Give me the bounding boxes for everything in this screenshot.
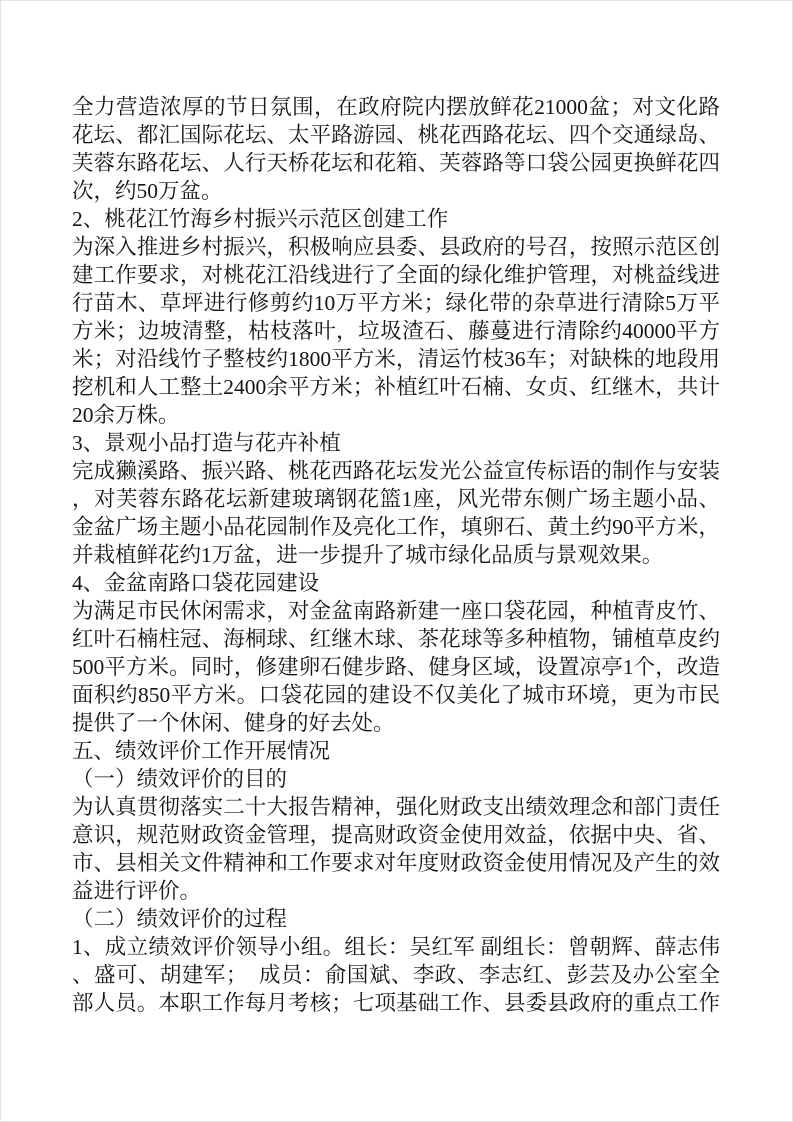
text-line: 次，约50万盆。	[72, 177, 720, 205]
text-line: 为认真贯彻落实二十大报告精神，强化财政支出绩效理念和部门责任	[72, 793, 720, 821]
text-line: 建工作要求，对桃花江沿线进行了全面的绿化维护管理，对桃益线进	[72, 261, 720, 289]
text-line: 全力营造浓厚的节日氛围，在政府院内摆放鲜花21000盆；对文化路	[72, 93, 720, 121]
text-line: 面积约850平方米。口袋花园的建设不仅美化了城市环境，更为市民	[72, 681, 720, 709]
text-line: 花坛、都汇国际花坛、太平路游园、桃花西路花坛、四个交通绿岛、	[72, 121, 720, 149]
text-line: 米；对沿线竹子整枝约1800平方米，清运竹枝36车；对缺株的地段用	[72, 345, 720, 373]
text-line: 并栽植鲜花约1万盆，进一步提升了城市绿化品质与景观效果。	[72, 541, 720, 569]
text-line: 市、县相关文件精神和工作要求对年度财政资金使用情况及产生的效	[72, 849, 720, 877]
text-line: 益进行评价。	[72, 877, 720, 905]
text-line: 五、绩效评价工作开展情况	[72, 737, 720, 765]
text-line: 挖机和人工整土2400余平方米；补植红叶石楠、女贞、红继木，共计	[72, 373, 720, 401]
text-line: 芙蓉东路花坛、人行天桥花坛和花箱、芙蓉路等口袋公园更换鲜花四	[72, 149, 720, 177]
text-line: 为满足市民休闲需求，对金盆南路新建一座口袋花园，种植青皮竹、	[72, 597, 720, 625]
text-line: 红叶石楠柱冠、海桐球、红继木球、茶花球等多种植物，铺植草皮约	[72, 625, 720, 653]
text-line: 为深入推进乡村振兴，积极响应县委、县政府的号召，按照示范区创	[72, 233, 720, 261]
text-line: 提供了一个休闲、健身的好去处。	[72, 709, 720, 737]
text-line: （二）绩效评价的过程	[72, 905, 720, 933]
text-line: 3、景观小品打造与花卉补植	[72, 429, 720, 457]
text-line: ，对芙蓉东路花坛新建玻璃钢花篮1座，风光带东侧广场主题小品、	[72, 485, 720, 513]
text-line: 、盛可、胡建军； 成员：俞国斌、李政、李志红、彭芸及办公室全	[72, 961, 720, 989]
text-line: （一）绩效评价的目的	[72, 765, 720, 793]
text-line: 意识，规范财政资金管理，提高财政资金使用效益，依据中央、省、	[72, 821, 720, 849]
text-line: 1、成立绩效评价领导小组。组长：吴红军 副组长：曾朝辉、薛志伟	[72, 933, 720, 961]
text-line: 20余万株。	[72, 401, 720, 429]
document-page: 全力营造浓厚的节日氛围，在政府院内摆放鲜花21000盆；对文化路 花坛、都汇国际…	[0, 0, 793, 1122]
document-text: 全力营造浓厚的节日氛围，在政府院内摆放鲜花21000盆；对文化路 花坛、都汇国际…	[72, 93, 720, 1017]
text-line: 2、桃花江竹海乡村振兴示范区创建工作	[72, 205, 720, 233]
text-line: 完成獭溪路、振兴路、桃花西路花坛发光公益宣传标语的制作与安装	[72, 457, 720, 485]
text-line: 行苗木、草坪进行修剪约10万平方米；绿化带的杂草进行清除5万平	[72, 289, 720, 317]
text-line: 金盆广场主题小品花园制作及亮化工作，填卵石、黄土约90平方米，	[72, 513, 720, 541]
text-line: 部人员。本职工作每月考核；七项基础工作、县委县政府的重点工作	[72, 989, 720, 1017]
text-line: 4、金盆南路口袋花园建设	[72, 569, 720, 597]
text-line: 500平方米。同时，修建卵石健步路、健身区域，设置凉亭1个，改造	[72, 653, 720, 681]
text-line: 方米；边坡清整，枯枝落叶，垃圾渣石、藤蔓进行清除约40000平方	[72, 317, 720, 345]
